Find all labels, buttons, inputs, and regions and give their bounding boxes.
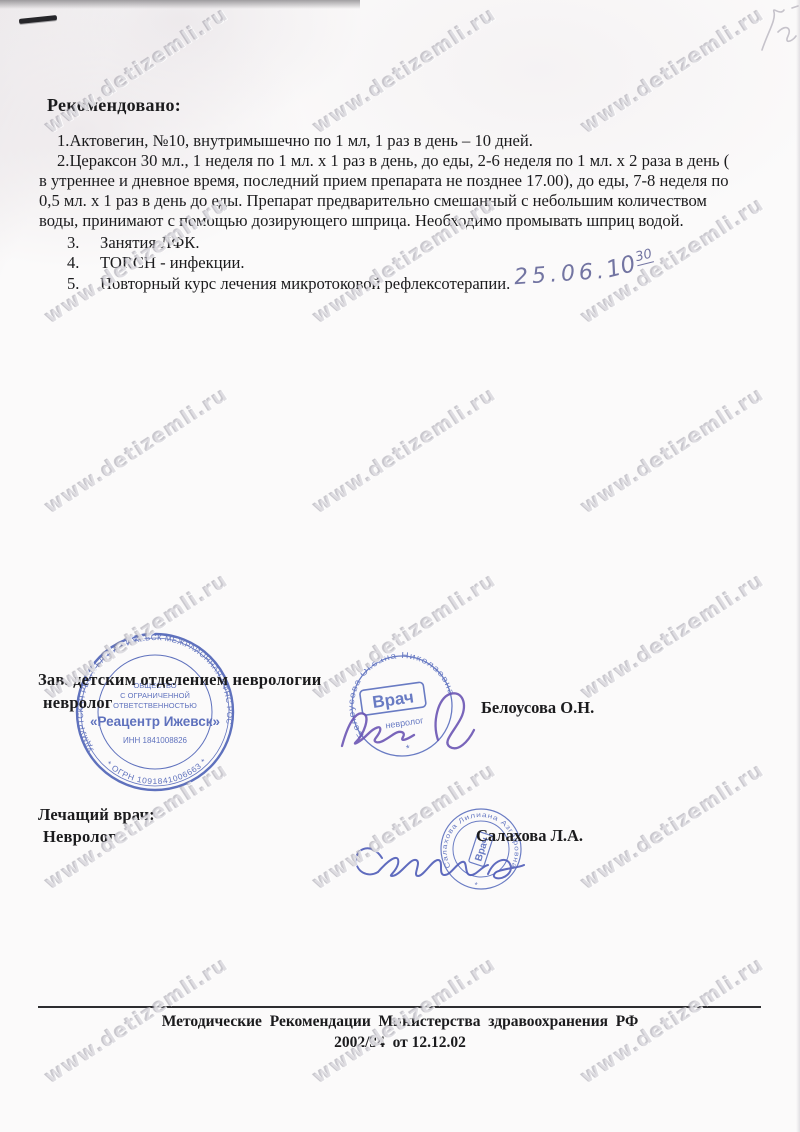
paper-fold-shadow: [0, 0, 360, 9]
pencil-scribble: [748, 2, 800, 72]
watermark-text: www.detizemli.ru: [576, 382, 768, 518]
recommendation-item-1: 1.Актовегин, №10, внутримышечно по 1 мл,…: [39, 131, 793, 151]
recommendation-item-2-line-4: воды, принимают с помощью дозирующего шп…: [39, 211, 775, 231]
org-stamp-line-2: С ОГРАНИЧЕННОЙ: [120, 691, 190, 700]
org-stamp-line-3: ОТВЕТСТВЕННОСТЬЮ: [113, 701, 197, 710]
org-stamp-name: «Реацентр Ижевск»: [90, 714, 220, 729]
paper-edge-shadow: [796, 0, 800, 1132]
recommendation-item-4: 4. TORCH - инфекции.: [67, 253, 245, 273]
watermark-text: www.detizemli.ru: [576, 2, 768, 138]
attending-doctor-title-line-2: Невролог: [43, 827, 116, 847]
signature-salakhova: [348, 838, 528, 893]
watermark-text: www.detizemli.ru: [308, 382, 500, 518]
handwritten-time-minutes: 30: [634, 247, 654, 267]
footer-divider: [38, 1006, 761, 1008]
watermark-text: www.detizemli.ru: [40, 2, 232, 138]
scanned-document-page: Рекомендовано: 1.Актовегин, №10, внутрим…: [0, 0, 800, 1132]
handwritten-date: 25.06.: [513, 259, 608, 290]
signature-belousova: [330, 670, 490, 760]
footer-reference-line-1: Методические Рекомендации Министерства з…: [0, 1013, 800, 1031]
item-text: Повторный курс лечения микротоковой рефл…: [100, 274, 510, 294]
item-number: 5.: [67, 274, 100, 294]
recommendations-title: Рекомендовано:: [47, 95, 181, 116]
watermark-text: www.detizemli.ru: [576, 568, 768, 704]
item-text: Занятия ЛФК.: [100, 233, 199, 253]
item-number: 4.: [67, 253, 100, 273]
org-stamp-inn: ИНН 1841008826: [123, 736, 188, 745]
recommendation-item-3: 3. Занятия ЛФК.: [67, 233, 199, 253]
head-doctor-name: Белоусова О.Н.: [481, 698, 594, 718]
handwritten-time: 1030: [604, 247, 657, 284]
recommendation-item-2-line-2: в утреннее и дневное время, последний пр…: [39, 171, 775, 191]
pen-mark: [19, 15, 57, 24]
head-doctor-title-line-1: Зав. детским отделением неврологии: [38, 670, 321, 690]
recommendation-item-2-line-1: 2.Цераксон 30 мл., 1 неделя по 1 мл. х 1…: [39, 151, 793, 171]
attending-doctor-title-line-1: Лечащий врач:: [38, 805, 155, 825]
watermark-text: www.detizemli.ru: [40, 382, 232, 518]
watermark-text: www.detizemli.ru: [576, 758, 768, 894]
recommendation-item-5: 5. Повторный курс лечения микротоковой р…: [67, 274, 510, 294]
head-doctor-title-line-2: невролог: [43, 693, 113, 713]
svg-text:* ОГРН 1091841006663 *: * ОГРН 1091841006663 *: [103, 740, 211, 797]
watermark-text: www.detizemli.ru: [308, 2, 500, 138]
item-number: 3.: [67, 233, 100, 253]
recommendation-item-2-line-3: 0,5 мл. х 1 раз в день до еды. Препарат …: [39, 191, 775, 211]
org-stamp-ogrn-text: * ОГРН 1091841006663 *: [103, 740, 211, 797]
footer-reference-line-2: 2002/34 от 12.12.02: [0, 1034, 800, 1052]
item-text: TORCH - инфекции.: [100, 253, 245, 273]
handwritten-time-hours: 10: [604, 251, 639, 283]
